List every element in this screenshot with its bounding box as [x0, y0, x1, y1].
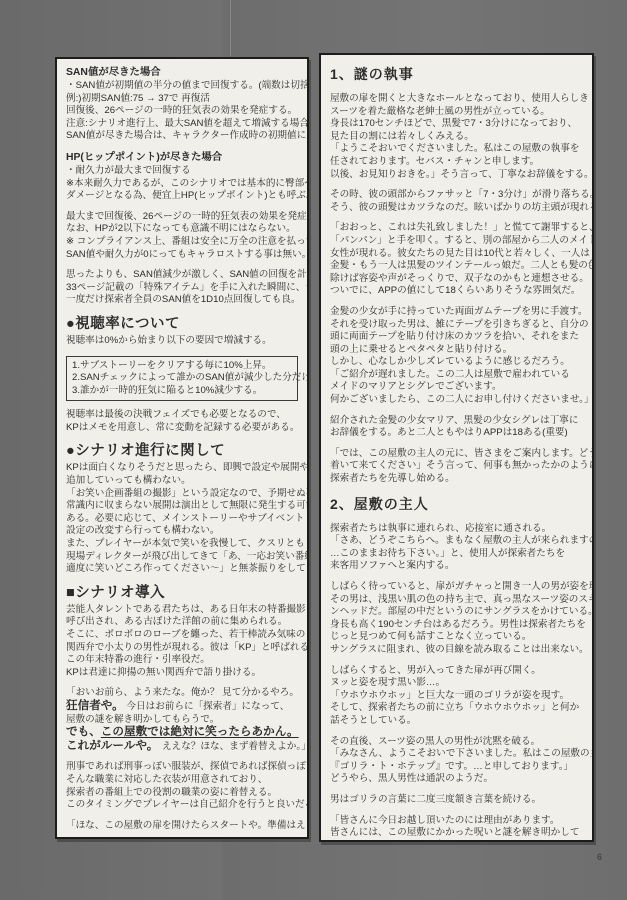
para-kp-start-quote: 「ほな、この屋敷の扉を開けたらスタートや。準備はええか？」	[66, 820, 298, 833]
text-segment: ついでに、APPの値にして18くらいありそうな雰囲気だ。	[330, 285, 581, 296]
text-segment: …このままお待ち下さい。」と、使用人が探索者たちを	[330, 548, 565, 559]
text-line: そこに、ボロボロのローブを纏った、若干棒読み気味の	[66, 629, 298, 642]
text-segment: 2、屋敷の主人	[330, 496, 429, 512]
text-line: サングラスに阻まれ、彼の目線を読み取ることは出来ない。	[330, 644, 583, 657]
para-costume: 刑事であれば刑事っぽい服装が、探偵であれば探偵っぽいそんな職業に対応した衣装が用…	[66, 761, 298, 811]
text-segment: 刑事であれば刑事っぽい服装が、探偵であれば探偵っぽい	[66, 761, 309, 772]
text-segment: 「みなさん、ようこそおいで下さいました。私はこの屋敷の主人、	[330, 748, 594, 759]
text-segment: 呼び出され、ある古ぼけた洋館の前に集められる。	[66, 616, 287, 627]
text-line: じっと見つめて何も話すことなく立っている。	[330, 631, 583, 644]
page-number: 6	[597, 852, 602, 862]
text-segment: 1.サブストーリーをクリアする毎に10%上昇。	[72, 360, 272, 371]
text-line: ダメージとなる為、便宜上HP(ヒップポイント)とも呼ぶ。	[66, 190, 298, 203]
text-segment: KPは君達に抑揚の無い関西弁で語り掛ける。	[66, 667, 261, 678]
text-line: ■シナリオ導入	[66, 584, 298, 603]
text-segment: 『ゴリラ・ト・ホテップ』です。…と申しております。」	[330, 761, 573, 772]
text-line: SAN値が尽きた場合	[66, 66, 298, 80]
text-segment: 皆さんには、この屋敷にかかった呪いと謎を解き明かして	[330, 827, 579, 838]
para-butler-intro: 屋敷の扉を開くと大きなホールとなっており、使用人らしきスーツを着た厳格な老紳士風…	[330, 93, 583, 181]
text-line: 注意:シナリオ進行上、最大SAN値を超えて増減する場合も、	[66, 118, 298, 131]
text-line: 身長も高く190センチ台はあるだろう。男性は探索者たちを	[330, 619, 583, 632]
text-line: ンヘッドだ。部屋の中だというのにサングラスをかけている。	[330, 606, 583, 619]
text-line: 視聴率は最後の決戦フェイズでも必要となるので、	[66, 409, 298, 422]
text-line: KPは面白くなりそうだと思ったら、即興で設定や展開やNPCを	[66, 462, 298, 475]
para-guide-to-master: 「では、この屋敷の主人の元に、皆さまをご案内します。どうぞ着いて来てください」そ…	[330, 448, 583, 486]
text-line: SAN値や耐久力が0にってもキャラロストする事は無い。	[66, 249, 298, 262]
text-segment: 屋敷の謎を解き明かしてもらうで。	[66, 714, 219, 725]
text-line: これがルールや。 ええな？ほな、まず着替えよか。」	[66, 740, 298, 754]
text-segment: ●視聴率について	[66, 316, 180, 332]
text-segment: ・SAN値が初期値の半分の値まで回復する。(端数は切捨てる)	[66, 80, 309, 91]
text-line: ※本来耐久力であるが、このシナリオでは基本的に臀部への	[66, 178, 298, 191]
text-line: 思ったよりも、SAN値減少が激しく、SAN値の回復を計るならば	[66, 269, 298, 282]
text-segment: ●シナリオ進行に関して	[66, 443, 225, 459]
text-line: 適度に笑いどころ作ってください〜」と無茶振りをしてくる。	[66, 563, 298, 576]
text-segment: 「パンパン」と手を叩く。すると、別の部屋から二人のメイド姿の	[330, 235, 594, 246]
para-scenario-progress: KPは面白くなりそうだと思ったら、即興で設定や展開やNPCを追加していっても構わ…	[66, 462, 298, 575]
para-tape-wig: 金髪の少女が手に持っていた両面ガムテープを男に手渡す。それを受け取った男は、雑に…	[330, 306, 583, 407]
text-segment: お辞儀をする。あと二人ともやはりAPPは18ある(重要)	[330, 427, 568, 438]
text-line: 「お笑い企画番組の撮影」という設定なので、予期せぬ事や	[66, 488, 298, 501]
text-line: そんな職業に対応した衣装が用意されており、	[66, 774, 298, 787]
para-ratings-note: 視聴率は最後の決戦フェイズでも必要となるので、KPはメモを用意し、常に変動を記録…	[66, 409, 298, 434]
text-segment: 来客用ソファへと案内する。	[330, 560, 455, 571]
text-line: 探索者の番組上での役割の職業の姿に着替える。	[66, 787, 298, 800]
text-segment: 金髪の少女が手に持っていた両面ガムテープを男に手渡す。	[330, 306, 588, 317]
text-segment: ダメージとなる為、便宜上HP(ヒップポイント)とも呼ぶ。	[66, 190, 309, 201]
para-hp-rules: ・耐久力が最大まで回復する※本来耐久力であるが、このシナリオでは基本的に臀部への…	[66, 165, 298, 203]
text-line: 除けば容姿や声がそっくりで、双子なのかもと連想させる。	[330, 273, 583, 286]
text-line: ※ コンプライアンス上、番組は安全に万全の注意を払っている為	[66, 236, 298, 249]
heading-scenario-progress: ●シナリオ進行に関して	[66, 442, 298, 461]
text-segment: 除けば容姿や声がそっくりで、双子なのかもと連想させる。	[330, 273, 589, 284]
text-line: そして、探索者たちの前に立ち「ウホウホウホッ」と何か	[330, 702, 583, 715]
text-segment: 話そうとしている。	[330, 715, 416, 726]
text-segment: サングラスに阻まれ、彼の目線を読み取ることは出来ない。	[330, 644, 589, 655]
text-line: 「では、この屋敷の主人の元に、皆さまをご案内します。どうぞ	[330, 448, 583, 461]
text-segment: ・耐久力が最大まで回復する	[66, 165, 191, 176]
text-segment: 探索者たちは執事に連れられ、応接室に通される。	[330, 523, 551, 534]
text-line: 屋敷の扉を開くと大きなホールとなっており、使用人らしき	[330, 93, 583, 106]
text-line: 設定の改変すら行っても構わない。	[66, 525, 298, 538]
text-segment: 「お笑い企画番組の撮影」という設定なので、予期せぬ事や	[66, 488, 309, 499]
text-segment: 女性が現れる。彼女たちの見た目は10代と若々しく、一人は	[330, 248, 590, 259]
heading-san-depleted: SAN値が尽きた場合	[66, 66, 298, 80]
text-line: 来客用ソファへと案内する。	[330, 560, 583, 573]
text-line: また、プレイヤーが本気で笑いを我慢して、クスリともしない場合	[66, 538, 298, 551]
text-segment: 身長は170センチほどで、黒髪で7・3分けになっており、	[330, 118, 577, 129]
text-segment: もらいたいのです。…と申しております」	[330, 840, 512, 842]
text-segment: どうやら、黒人男性は通訳のようだ。	[330, 773, 493, 784]
text-segment: それを受け取った男は、雑にテープを引きちぎると、自分の	[330, 319, 589, 330]
text-segment: ※ コンプライアンス上、番組は安全に万全の注意を払っている為	[66, 236, 309, 247]
text-segment: その時、彼の頭部からファサッと「7・3分け」が滑り落ちる。	[330, 189, 594, 200]
text-segment: 「ウホウホウホッ」と巨大な一頭のゴリラが姿を現す。	[330, 690, 569, 701]
text-segment: KPは面白くなりそうだと思ったら、即興で設定や展開やNPCを	[66, 462, 309, 473]
text-line: 金髪の少女が手に持っていた両面ガムテープを男に手渡す。	[330, 306, 583, 319]
para-gorilla-appears: しばらくすると、男が入ってきた扉が再び開く。ヌッと姿を現す黒い影…。「ウホウホウ…	[330, 665, 583, 728]
text-line: 紹介された金髪の少女マリア、黒髪の少女シグレは丁寧に	[330, 415, 583, 428]
text-line: 「ほな、この屋敷の扉を開けたらスタートや。準備はええか？」	[66, 820, 298, 833]
text-segment: 追加していっても構わない。	[66, 475, 191, 486]
text-line: 話そうとしている。	[330, 715, 583, 728]
text-line: 1、謎の執事	[330, 64, 583, 84]
text-segment: 「では、この屋敷の主人の元に、皆さまをご案内します。どうぞ	[330, 448, 594, 459]
text-segment: ある。必要に応じて、メインストーリーやサブイベント・NPCの	[66, 513, 309, 524]
text-line: メイドのマリアとシグレでございます。	[330, 381, 583, 394]
text-segment: しかし、心なしか少しズレているように感じるだろう。	[330, 356, 570, 367]
para-hp-rules-2: 最大まで回復後、26ページの一時的狂気表の効果を発症する。なお、HPが2以下にな…	[66, 211, 298, 261]
text-line: 2.SANチェックによって誰かのSAN値が減少した分だけ上昇。	[72, 372, 292, 385]
text-segment: 芸能人タレントである君たちは、ある日年末の特番撮影に	[66, 604, 309, 615]
text-segment: 常識内に収まらない展開は演出として無限に発生する可能性が	[66, 500, 309, 511]
text-line: 見た目の割には若々しくみえる。	[330, 131, 583, 144]
text-line: 関西弁で小太りの男性が現れる。彼は「KP」と呼ばれる人物で、	[66, 642, 298, 655]
text-line: 狂信者や。 今日はお前らに「探索者」になって、	[66, 700, 298, 714]
text-segment: 注意:シナリオ進行上、最大SAN値を超えて増減する場合も、	[66, 118, 309, 129]
ratings-rule-box: 1.サブストーリーをクリアする毎に10%上昇。2.SANチェックによって誰かのS…	[66, 356, 298, 402]
text-line: 常識内に収まらない展開は演出として無限に発生する可能性が	[66, 500, 298, 513]
text-segment: 現場ディレクターが飛び出してきて「あ、一応お笑い番組なんで	[66, 551, 309, 562]
text-line: この年末特番の進行・引率役だ。	[66, 654, 298, 667]
text-segment: 任されております。セバス・チャンと申します。	[330, 156, 539, 167]
text-line: 追加していっても構わない。	[66, 475, 298, 488]
text-segment: 思ったよりも、SAN値減少が激しく、SAN値の回復を計るならば	[66, 269, 309, 280]
text-line: もらいたいのです。…と申しております」	[330, 840, 583, 842]
text-segment: SAN値が尽きた場合	[66, 67, 161, 78]
text-segment: 「おいお前ら、よう来たな。俺か？ 見て分かるやろ。	[66, 687, 299, 698]
para-drawing-room: 探索者たちは執事に連れられ、応接室に通される。「さあ、どうぞこちらへ。まもなく屋…	[330, 523, 583, 573]
text-line: 「パンパン」と手を叩く。すると、別の部屋から二人のメイド姿の	[330, 235, 583, 248]
para-suit-man: しばらく待っていると、扉がガチャっと開き一人の男が姿を現す。その男は、浅黒い肌の…	[330, 581, 583, 657]
text-segment: SAN値が尽きた場合は、キャラクター作成時の初期値に戻す。	[66, 130, 309, 141]
text-segment: 身長も高く190センチ台はあるだろう。男性は探索者たちを	[330, 619, 586, 630]
text-segment: 3.誰かが一時的狂気に陥ると10%減少する。	[72, 385, 262, 396]
text-segment: 「おおっと、これは失礼致しました！」と慌てて謝罪すると、	[330, 222, 594, 233]
text-line: SAN値が尽きた場合は、キャラクター作成時の初期値に戻す。	[66, 130, 298, 143]
para-gorilla-nods: 男はゴリラの言葉に二度三度頷き言葉を続ける。	[330, 794, 583, 807]
text-segment: 屋敷の扉を開くと大きなホールとなっており、使用人らしき	[330, 93, 589, 104]
text-line: 視聴率は0%から始まり以下の要因で増減する。	[66, 335, 298, 348]
text-segment: 視聴率は最後の決戦フェイズでも必要となるので、	[66, 409, 286, 420]
text-segment: じっと見つめて何も話すことなく立っている。	[330, 631, 531, 642]
text-segment: 金髪・もう一人は黒髪のツインテールっ娘だ。二人とも髪の色を	[330, 260, 594, 271]
text-line: 芸能人タレントである君たちは、ある日年末の特番撮影に	[66, 604, 298, 617]
text-segment: 1、謎の執事	[330, 66, 414, 82]
text-segment: 頭の上に乗せるとペタペタと貼り付ける。	[330, 344, 512, 355]
text-segment: 回復後、26ページの一時的狂気表の効果を発症する。	[66, 105, 297, 116]
text-segment: 「皆さんに今日お越し頂いたのには理由があります。	[330, 815, 559, 826]
text-line: 探索者たちは執事に連れられ、応接室に通される。	[330, 523, 583, 536]
text-line: 「皆さんに今日お越し頂いたのには理由があります。	[330, 815, 583, 828]
text-line: 身長は170センチほどで、黒髪で7・3分けになっており、	[330, 118, 583, 131]
text-line: 着いて来てください」そう言って、何事も無かったかのように、	[330, 460, 583, 473]
text-segment: そして、探索者たちの前に立ち「ウホウホウホッ」と何か	[330, 702, 579, 713]
text-line: 33ページ記載の「特殊アイテム」を手に入れた瞬間に、一種類	[66, 282, 298, 295]
text-line: その男は、浅黒い肌の色の持ち主で、真っ黒なスーツ姿のスキ	[330, 594, 583, 607]
para-maids-appear: 「おおっと、これは失礼致しました！」と慌てて謝罪すると、「パンパン」と手を叩く。…	[330, 222, 583, 298]
text-line: その直後、スーツ姿の黒人の男性が沈黙を破る。	[330, 736, 583, 749]
text-line: 3.誰かが一時的狂気に陥ると10%減少する。	[72, 385, 292, 398]
text-line: …このままお待ち下さい。」と、使用人が探索者たちを	[330, 548, 583, 561]
text-segment: 関西弁で小太りの男性が現れる。彼は「KP」と呼ばれる人物で、	[66, 642, 309, 653]
text-segment: これがルールや。	[66, 739, 153, 752]
text-segment: 紹介された金髪の少女マリア、黒髪の少女シグレは丁寧に	[330, 415, 578, 426]
text-line: 以後、お見知りおきを。」そう言って、丁寧なお辞儀をする。	[330, 169, 583, 182]
text-segment: 最大まで回復後、26ページの一時的狂気表の効果を発症する。	[66, 211, 309, 222]
text-segment: そんな職業に対応した衣装が用意されており、	[66, 774, 267, 785]
text-line: しばらくすると、男が入ってきた扉が再び開く。	[330, 665, 583, 678]
text-line: 回復後、26ページの一時的狂気表の効果を発症する。	[66, 105, 298, 118]
text-segment: ヌッと姿を現す黒い影…。	[330, 677, 445, 688]
text-segment: なお、HPが2以下になっても意識不明にはならない。	[66, 223, 296, 234]
right-panel: 1、謎の執事屋敷の扉を開くと大きなホールとなっており、使用人らしきスーツを着た厳…	[319, 53, 594, 842]
text-line: ・耐久力が最大まで回復する	[66, 165, 298, 178]
text-segment: ■シナリオ導入	[66, 585, 165, 601]
heading-section-1: 1、謎の執事	[330, 64, 583, 84]
text-segment: 2.SANチェックによって誰かのSAN値が減少した分だけ上昇。	[72, 372, 309, 383]
text-line: 一度だけ探索者全員のSAN値を1D10点回復しても良。	[66, 294, 298, 307]
para-curse-request: 「皆さんに今日お越し頂いたのには理由があります。皆さんには、この屋敷にかかった呪…	[330, 815, 583, 843]
text-line: スーツを着た厳格な老紳士風の男性が立っている。	[330, 106, 583, 119]
text-line: 「おおっと、これは失礼致しました！」と慌てて謝罪すると、	[330, 222, 583, 235]
text-segment: その直後、スーツ姿の黒人の男性が沈黙を破る。	[330, 736, 540, 747]
heading-section-2: 2、屋敷の主人	[330, 494, 583, 514]
text-segment: 男はゴリラの言葉に二度三度頷き言葉を続ける。	[330, 794, 541, 805]
text-line: ある。必要に応じて、メインストーリーやサブイベント・NPCの	[66, 513, 298, 526]
text-line: 何かございましたら、この二人にお申し付けくださいませ。」	[330, 394, 583, 407]
text-line: 探索者たちを先導し始める。	[330, 473, 583, 486]
text-segment: しばらくすると、男が入ってきた扉が再び開く。	[330, 665, 541, 676]
text-line: 現場ディレクターが飛び出してきて「あ、一応お笑い番組なんで	[66, 551, 298, 564]
text-segment: 「さあ、どうぞこちらへ。まもなく屋敷の主人が来られますので	[330, 535, 594, 546]
text-line: 「ようこそおいでくださいました。私はこの屋敷の執事を	[330, 143, 583, 156]
text-line: 例:)初期SAN値:75 → 37で 再復活	[66, 93, 298, 106]
text-segment: 今日はお前らに「探索者」になって、	[124, 701, 290, 712]
text-line: ついでに、APPの値にして18くらいありそうな雰囲気だ。	[330, 285, 583, 298]
text-line: 頭の上に乗せるとペタペタと貼り付ける。	[330, 344, 583, 357]
text-segment: 見た目の割には若々しくみえる。	[330, 131, 474, 142]
text-line: 2、屋敷の主人	[330, 494, 583, 514]
text-line: HP(ヒップポイント)が尽きた場合	[66, 151, 298, 165]
text-line: 「ウホウホウホッ」と巨大な一頭のゴリラが姿を現す。	[330, 690, 583, 703]
para-scenario-intro: 芸能人タレントである君たちは、ある日年末の特番撮影に呼び出され、ある古ぼけた洋館…	[66, 604, 298, 680]
scan-artifact-line	[230, 0, 231, 56]
text-line: 任されております。セバス・チャンと申します。	[330, 156, 583, 169]
text-line: 男はゴリラの言葉に二度三度頷き言葉を続ける。	[330, 794, 583, 807]
text-line: どうやら、黒人男性は通訳のようだ。	[330, 773, 583, 786]
text-line: 皆さんには、この屋敷にかかった呪いと謎を解き明かして	[330, 827, 583, 840]
text-segment: SAN値や耐久力が0にってもキャラロストする事は無い。	[66, 249, 309, 260]
text-segment: KPはメモを用意し、常に変動を記録する必要がある。	[66, 422, 299, 433]
text-segment: 適度に笑いどころ作ってください〜」と無茶振りをしてくる。	[66, 563, 309, 574]
text-line: でも、この屋敷では絶対に笑ったらあかん。	[66, 726, 298, 740]
text-segment: 探索者の番組上での役割の職業の姿に着替える。	[66, 787, 277, 798]
text-line: しかし、心なしか少しズレているように感じるだろう。	[330, 356, 583, 369]
text-segment: ンヘッドだ。部屋の中だというのにサングラスをかけている。	[330, 606, 594, 617]
heading-ratings: ●視聴率について	[66, 315, 298, 334]
text-line: 金髪・もう一人は黒髪のツインテールっ娘だ。二人とも髪の色を	[330, 260, 583, 273]
left-panel: SAN値が尽きた場合・SAN値が初期値の半分の値まで回復する。(端数は切捨てる)…	[55, 57, 309, 839]
text-segment: 以後、お見知りおきを。」そう言って、丁寧なお辞儀をする。	[330, 169, 594, 180]
para-maids-bow: 紹介された金髪の少女マリア、黒髪の少女シグレは丁寧にお辞儀をする。あと二人ともや…	[330, 415, 583, 440]
text-line: お辞儀をする。あと二人ともやはりAPPは18ある(重要)	[330, 427, 583, 440]
para-wig-falls: その時、彼の頭部からファサッと「7・3分け」が滑り落ちる。そう、彼の頭髪はカツラ…	[330, 189, 583, 214]
text-line: それを受け取った男は、雑にテープを引きちぎると、自分の	[330, 319, 583, 332]
text-segment: この屋敷では絶対に笑ったらあかん。	[101, 725, 299, 738]
text-line: ●視聴率について	[66, 315, 298, 334]
text-segment: HP(ヒップポイント)が尽きた場合	[66, 152, 222, 163]
text-segment: ええな？ほな、まず着替えよか。」	[153, 741, 310, 752]
text-line: このタイミングでプレイヤーは自己紹介を行うと良いだろう。	[66, 799, 298, 812]
text-segment: 一度だけ探索者全員のSAN値を1D10点回復しても良。	[66, 294, 301, 305]
text-segment: でも、	[66, 725, 101, 738]
text-segment: 頭に両面テープを貼り付け床のカツラを拾い、それをまた	[330, 331, 579, 342]
text-segment: 「ようこそおいでくださいました。私はこの屋敷の執事を	[330, 143, 579, 154]
text-line: 最大まで回復後、26ページの一時的狂気表の効果を発症する。	[66, 211, 298, 224]
para-san-recovery: 思ったよりも、SAN値減少が激しく、SAN値の回復を計るならば33ページ記載の「…	[66, 269, 298, 307]
text-segment: また、プレイヤーが本気で笑いを我慢して、クスリともしない場合	[66, 538, 309, 549]
text-line: ・SAN値が初期値の半分の値まで回復する。(端数は切捨てる)	[66, 80, 298, 93]
text-line: 「みなさん、ようこそおいで下さいました。私はこの屋敷の主人、	[330, 748, 583, 761]
text-line: KPはメモを用意し、常に変動を記録する必要がある。	[66, 422, 298, 435]
text-line: 「ご紹介が遅れました。この二人は屋敷で雇われている	[330, 369, 583, 382]
heading-scenario-intro: ■シナリオ導入	[66, 584, 298, 603]
text-segment: その男は、浅黒い肌の色の持ち主で、真っ黒なスーツ姿のスキ	[330, 594, 594, 605]
text-segment: 33ページ記載の「特殊アイテム」を手に入れた瞬間に、一種類	[66, 282, 309, 293]
text-segment: そこに、ボロボロのローブを纏った、若干棒読み気味の	[66, 629, 305, 640]
text-line: しばらく待っていると、扉がガチャっと開き一人の男が姿を現す。	[330, 581, 583, 594]
text-line: そう、彼の頭髪はカツラなのだ。眩いばかりの坊主頭が現れる。	[330, 202, 583, 215]
text-line: なお、HPが2以下になっても意識不明にはならない。	[66, 223, 298, 236]
text-segment: ※本来耐久力であるが、このシナリオでは基本的に臀部への	[66, 178, 309, 189]
text-line: 呼び出され、ある古ぼけた洋館の前に集められる。	[66, 616, 298, 629]
text-line: ●シナリオ進行に関して	[66, 442, 298, 461]
text-line: 刑事であれば刑事っぽい服装が、探偵であれば探偵っぽい	[66, 761, 298, 774]
text-line: 頭に両面テープを貼り付け床のカツラを拾い、それをまた	[330, 331, 583, 344]
para-kp-quote: 「おいお前ら、よう来たな。俺か？ 見て分かるやろ。狂信者や。 今日はお前らに「探…	[66, 687, 298, 753]
text-segment: スーツを着た厳格な老紳士風の男性が立っている。	[330, 106, 550, 117]
text-segment: しばらく待っていると、扉がガチャっと開き一人の男が姿を現す。	[330, 581, 594, 592]
text-segment: 「ほな、この屋敷の扉を開けたらスタートや。準備はええか？」	[66, 820, 309, 831]
text-line: 女性が現れる。彼女たちの見た目は10代と若々しく、一人は	[330, 248, 583, 261]
text-line: KPは君達に抑揚の無い関西弁で語り掛ける。	[66, 667, 298, 680]
text-segment: このタイミングでプレイヤーは自己紹介を行うと良いだろう。	[66, 799, 309, 810]
para-interpreter: その直後、スーツ姿の黒人の男性が沈黙を破る。「みなさん、ようこそおいで下さいまし…	[330, 736, 583, 786]
text-segment: 例:)初期SAN値:75 → 37で 再復活	[66, 93, 210, 104]
scanned-page: { "page": { "background_color": "#6f6f6f…	[0, 0, 627, 900]
para-ratings-intro: 視聴率は0%から始まり以下の要因で増減する。	[66, 335, 298, 348]
text-line: 『ゴリラ・ト・ホテップ』です。…と申しております。」	[330, 761, 583, 774]
text-segment: 狂信者や。	[66, 699, 124, 712]
text-segment: 設定の改変すら行っても構わない。	[66, 525, 220, 536]
text-line: 「さあ、どうぞこちらへ。まもなく屋敷の主人が来られますので	[330, 535, 583, 548]
text-segment: メイドのマリアとシグレでございます。	[330, 381, 502, 392]
text-segment: そう、彼の頭髪はカツラなのだ。眩いばかりの坊主頭が現れる。	[330, 202, 594, 213]
text-segment: 着いて来てください」そう言って、何事も無かったかのように、	[330, 460, 594, 471]
text-line: ヌッと姿を現す黒い影…。	[330, 677, 583, 690]
text-segment: この年末特番の進行・引率役だ。	[66, 654, 210, 665]
text-line: その時、彼の頭部からファサッと「7・3分け」が滑り落ちる。	[330, 189, 583, 202]
text-segment: 視聴率は0%から始まり以下の要因で増減する。	[66, 335, 272, 346]
text-segment: 何かございましたら、この二人にお申し付けくださいませ。」	[330, 394, 594, 405]
para-san-rules: ・SAN値が初期値の半分の値まで回復する。(端数は切捨てる)例:)初期SAN値:…	[66, 80, 298, 143]
heading-hp-depleted: HP(ヒップポイント)が尽きた場合	[66, 151, 298, 165]
text-segment: 探索者たちを先導し始める。	[330, 473, 455, 484]
text-line: 1.サブストーリーをクリアする毎に10%上昇。	[72, 360, 292, 373]
text-segment: 「ご紹介が遅れました。この二人は屋敷で雇われている	[330, 369, 570, 380]
